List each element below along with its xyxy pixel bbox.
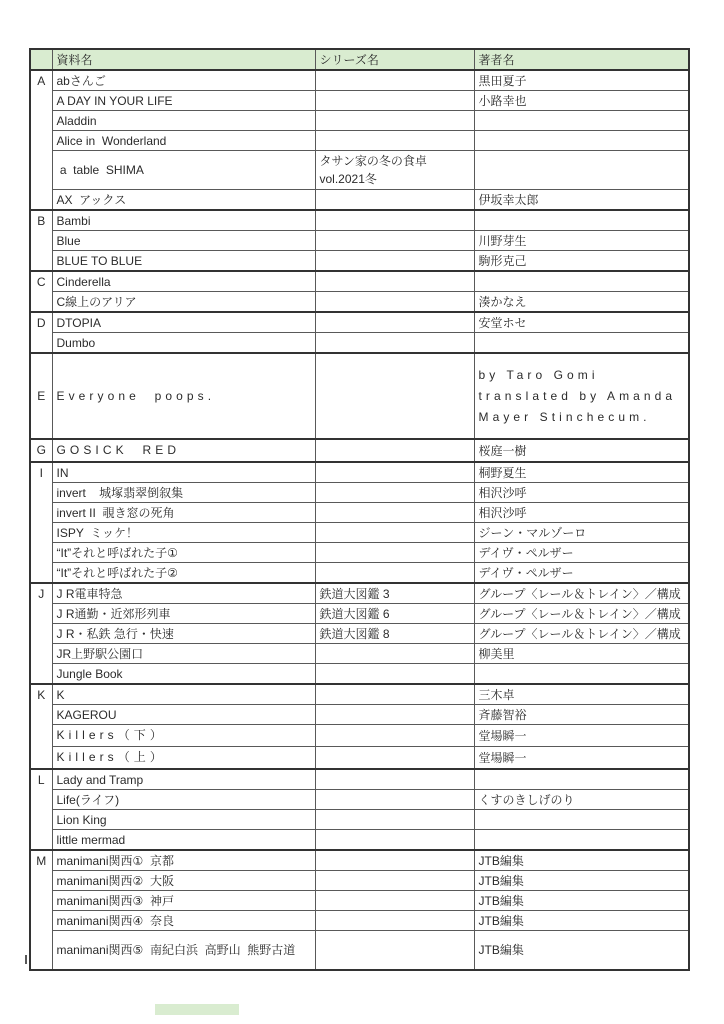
index-letter-cell: D [30, 312, 52, 353]
header-index-cell [30, 49, 52, 70]
index-letter-cell: C [30, 271, 52, 312]
author-cell [474, 271, 689, 292]
author-cell [474, 664, 689, 685]
series-cell [315, 292, 474, 313]
author-cell: 伊坂幸太郎 [474, 190, 689, 211]
table-row: J R・私鉄 急行・快速鉄道大図鑑 8グループ〈レール＆トレイン〉／構成 [30, 624, 689, 644]
series-cell [315, 810, 474, 830]
series-cell [315, 210, 474, 231]
table-row: Alice in Wonderland [30, 131, 689, 151]
table-row: Mmanimani関西① 京都JTB編集 [30, 850, 689, 871]
series-cell: タサン家の冬の食卓 vol.2021冬 [315, 151, 474, 190]
table-row: invert II 覗き窓の死角相沢沙呼 [30, 503, 689, 523]
series-cell [315, 503, 474, 523]
title-cell: manimani関西③ 神戸 [52, 891, 315, 911]
table-row: Killers（下）堂場瞬一 [30, 725, 689, 747]
series-cell [315, 251, 474, 272]
author-cell [474, 769, 689, 790]
title-cell: Killers（上） [52, 747, 315, 770]
title-cell: manimani関西④ 奈良 [52, 911, 315, 931]
index-letter-cell: B [30, 210, 52, 271]
author-cell: JTB編集 [474, 911, 689, 931]
book-list-table: 資料名 シリーズ名 著者名 Aabさんご黒田夏子A DAY IN YOUR LI… [29, 48, 690, 971]
table-row: BLUE TO BLUE駒形克己 [30, 251, 689, 272]
author-cell [474, 131, 689, 151]
table-row: Lion King [30, 810, 689, 830]
table-row: manimani関西② 大阪JTB編集 [30, 871, 689, 891]
series-cell [315, 70, 474, 91]
header-row: 資料名 シリーズ名 著者名 [30, 49, 689, 70]
author-cell: 安堂ホセ [474, 312, 689, 333]
title-cell: manimani関西① 京都 [52, 850, 315, 871]
table-row: AX アックス伊坂幸太郎 [30, 190, 689, 211]
title-cell: J R・私鉄 急行・快速 [52, 624, 315, 644]
title-cell: J R電車特急 [52, 583, 315, 604]
table-row: JJ R電車特急鉄道大図鑑 3グループ〈レール＆トレイン〉／構成 [30, 583, 689, 604]
author-cell: 相沢沙呼 [474, 503, 689, 523]
header-title-cell: 資料名 [52, 49, 315, 70]
title-cell: DTOPIA [52, 312, 315, 333]
author-cell: 駒形克己 [474, 251, 689, 272]
table-row: EEveryone poops.by Taro Gomi translated … [30, 353, 689, 439]
table-row: little mermad [30, 830, 689, 851]
table-row: CCinderella [30, 271, 689, 292]
series-cell [315, 462, 474, 483]
title-cell: Everyone poops. [52, 353, 315, 439]
title-cell: ISPY ミッケ！ [52, 523, 315, 543]
table-row: Aladdin [30, 111, 689, 131]
table-row: a table SHIMAタサン家の冬の食卓 vol.2021冬 [30, 151, 689, 190]
table-row: KK三木卓 [30, 684, 689, 705]
author-cell: JTB編集 [474, 931, 689, 970]
title-cell: “It”それと呼ばれた子① [52, 543, 315, 563]
author-cell [474, 333, 689, 354]
title-cell: IN [52, 462, 315, 483]
border-stub [25, 955, 27, 964]
author-cell: くすのきしげのり [474, 790, 689, 810]
author-cell: 堂場瞬一 [474, 747, 689, 770]
series-cell: 鉄道大図鑑 3 [315, 583, 474, 604]
author-cell [474, 810, 689, 830]
table-row: manimani関西④ 奈良JTB編集 [30, 911, 689, 931]
header-series-cell: シリーズ名 [315, 49, 474, 70]
title-cell: invert II 覗き窓の死角 [52, 503, 315, 523]
table-row: Life(ライフ)くすのきしげのり [30, 790, 689, 810]
index-letter-cell: I [30, 462, 52, 583]
author-cell: 小路幸也 [474, 91, 689, 111]
index-letter-cell: L [30, 769, 52, 850]
table-row: Blue川野芽生 [30, 231, 689, 251]
table-row: JR上野駅公園口柳美里 [30, 644, 689, 664]
series-cell [315, 563, 474, 584]
index-letter-cell: G [30, 439, 52, 462]
series-cell [315, 891, 474, 911]
series-cell [315, 190, 474, 211]
title-cell: Cinderella [52, 271, 315, 292]
title-cell: Bambi [52, 210, 315, 231]
series-cell [315, 439, 474, 462]
author-cell: 桐野夏生 [474, 462, 689, 483]
series-cell [315, 111, 474, 131]
index-letter-cell: E [30, 353, 52, 439]
series-cell [315, 790, 474, 810]
author-cell: 桜庭一樹 [474, 439, 689, 462]
title-cell: K [52, 684, 315, 705]
partial-green-cell [155, 1004, 239, 1015]
table-row: ISPY ミッケ！ジーン・マルゾーロ [30, 523, 689, 543]
author-cell: 三木卓 [474, 684, 689, 705]
author-cell [474, 151, 689, 190]
table-row: KAGEROU斉藤智裕 [30, 705, 689, 725]
series-cell [315, 911, 474, 931]
author-cell: JTB編集 [474, 850, 689, 871]
author-cell: 柳美里 [474, 644, 689, 664]
author-cell: グループ〈レール＆トレイン〉／構成 [474, 624, 689, 644]
title-cell: J R通勤・近郊形列車 [52, 604, 315, 624]
author-cell: 相沢沙呼 [474, 483, 689, 503]
series-cell [315, 705, 474, 725]
table-row: manimani関西③ 神戸JTB編集 [30, 891, 689, 911]
author-cell: ジーン・マルゾーロ [474, 523, 689, 543]
title-cell: GOSICK RED [52, 439, 315, 462]
table-row: C線上のアリア湊かなえ [30, 292, 689, 313]
title-cell: Lady and Tramp [52, 769, 315, 790]
table-row: Aabさんご黒田夏子 [30, 70, 689, 91]
title-cell: Aladdin [52, 111, 315, 131]
title-cell: JR上野駅公園口 [52, 644, 315, 664]
series-cell [315, 353, 474, 439]
author-cell: 斉藤智裕 [474, 705, 689, 725]
table-row: manimani関西⑤ 南紀白浜 高野山 熊野古道JTB編集 [30, 931, 689, 970]
title-cell: C線上のアリア [52, 292, 315, 313]
series-cell [315, 131, 474, 151]
author-cell [474, 210, 689, 231]
series-cell [315, 684, 474, 705]
table-body: Aabさんご黒田夏子A DAY IN YOUR LIFE小路幸也AladdinA… [30, 70, 689, 970]
index-letter-cell: M [30, 850, 52, 970]
series-cell [315, 931, 474, 970]
author-cell: by Taro Gomi translated by Amanda Mayer … [474, 353, 689, 439]
table-row: Dumbo [30, 333, 689, 354]
title-cell: invert 城塚翡翠倒叙集 [52, 483, 315, 503]
title-cell: a table SHIMA [52, 151, 315, 190]
series-cell [315, 644, 474, 664]
series-cell [315, 271, 474, 292]
series-cell [315, 664, 474, 685]
author-cell: JTB編集 [474, 871, 689, 891]
title-cell: Killers（下） [52, 725, 315, 747]
title-cell: little mermad [52, 830, 315, 851]
author-cell [474, 111, 689, 131]
author-cell: 堂場瞬一 [474, 725, 689, 747]
title-cell: KAGEROU [52, 705, 315, 725]
title-cell: Jungle Book [52, 664, 315, 685]
author-cell: グループ〈レール＆トレイン〉／構成 [474, 604, 689, 624]
title-cell: abさんご [52, 70, 315, 91]
index-letter-cell: J [30, 583, 52, 684]
title-cell: A DAY IN YOUR LIFE [52, 91, 315, 111]
title-cell: BLUE TO BLUE [52, 251, 315, 272]
author-cell: グループ〈レール＆トレイン〉／構成 [474, 583, 689, 604]
series-cell: 鉄道大図鑑 6 [315, 604, 474, 624]
table-row: “It”それと呼ばれた子①デイヴ・ペルザー [30, 543, 689, 563]
series-cell [315, 725, 474, 747]
author-cell [474, 830, 689, 851]
table-row: A DAY IN YOUR LIFE小路幸也 [30, 91, 689, 111]
table-row: invert 城塚翡翠倒叙集相沢沙呼 [30, 483, 689, 503]
series-cell [315, 231, 474, 251]
author-cell: デイヴ・ペルザー [474, 543, 689, 563]
title-cell: AX アックス [52, 190, 315, 211]
series-cell [315, 871, 474, 891]
table-row: DDTOPIA安堂ホセ [30, 312, 689, 333]
header-author-cell: 著者名 [474, 49, 689, 70]
table-row: GGOSICK RED桜庭一樹 [30, 439, 689, 462]
table-row: Jungle Book [30, 664, 689, 685]
title-cell: Blue [52, 231, 315, 251]
author-cell: デイヴ・ペルザー [474, 563, 689, 584]
series-cell [315, 483, 474, 503]
title-cell: manimani関西⑤ 南紀白浜 高野山 熊野古道 [52, 931, 315, 970]
index-letter-cell: A [30, 70, 52, 210]
table-row: “It”それと呼ばれた子②デイヴ・ペルザー [30, 563, 689, 584]
series-cell [315, 523, 474, 543]
series-cell [315, 830, 474, 851]
author-cell: 湊かなえ [474, 292, 689, 313]
table-row: J R通勤・近郊形列車鉄道大図鑑 6グループ〈レール＆トレイン〉／構成 [30, 604, 689, 624]
table-row: IIN桐野夏生 [30, 462, 689, 483]
series-cell [315, 747, 474, 770]
series-cell: 鉄道大図鑑 8 [315, 624, 474, 644]
title-cell: Alice in Wonderland [52, 131, 315, 151]
series-cell [315, 850, 474, 871]
author-cell: 黒田夏子 [474, 70, 689, 91]
table-row: LLady and Tramp [30, 769, 689, 790]
author-cell: 川野芽生 [474, 231, 689, 251]
series-cell [315, 543, 474, 563]
series-cell [315, 91, 474, 111]
title-cell: Life(ライフ) [52, 790, 315, 810]
index-letter-cell: K [30, 684, 52, 769]
title-cell: Lion King [52, 810, 315, 830]
table-row: BBambi [30, 210, 689, 231]
title-cell: “It”それと呼ばれた子② [52, 563, 315, 584]
series-cell [315, 333, 474, 354]
table-row: Killers（上）堂場瞬一 [30, 747, 689, 770]
printed-sheet: 資料名 シリーズ名 著者名 Aabさんご黒田夏子A DAY IN YOUR LI… [0, 0, 724, 1024]
series-cell [315, 312, 474, 333]
title-cell: Dumbo [52, 333, 315, 354]
title-cell: manimani関西② 大阪 [52, 871, 315, 891]
series-cell [315, 769, 474, 790]
author-cell: JTB編集 [474, 891, 689, 911]
